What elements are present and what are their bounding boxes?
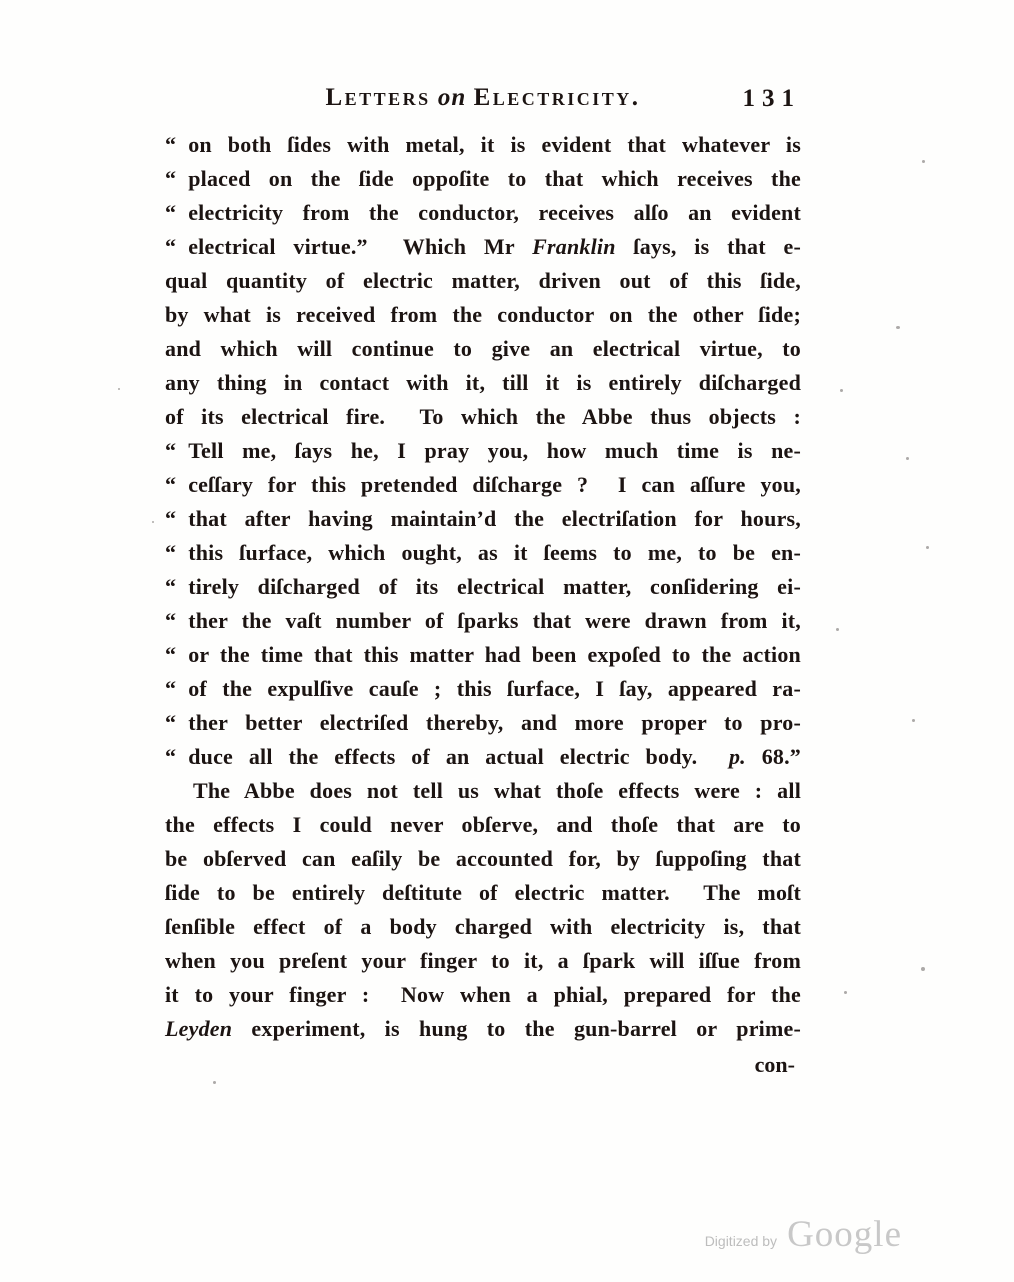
text-line: The Abbe does not tell us what thoſe eff… <box>165 774 801 808</box>
text-segment: ceſſary for this pretended diſcharge ? I… <box>188 472 801 497</box>
title-part: Electricity. <box>474 84 641 111</box>
text-segment: placed on the ſide oppoſite to that whic… <box>188 166 801 191</box>
text-line: ſenſible effect of a body charged with e… <box>165 910 801 944</box>
text-segment: that after having maintain’d the electri… <box>188 506 801 531</box>
scanned-book-page: Letters on Electricity. 131 “on both ſid… <box>0 0 1014 1282</box>
quote-mark: “ <box>165 574 176 599</box>
text-segment: this ſurface, which ought, as it ſeems t… <box>188 540 801 565</box>
catchword: con- <box>755 1048 795 1082</box>
quote-mark: “ <box>165 438 176 463</box>
scan-speck <box>896 326 900 329</box>
watermark-prefix: Digitized by <box>705 1233 777 1249</box>
quote-mark: “ <box>165 744 176 769</box>
text-segment: ſenſible effect of a body charged with e… <box>165 914 801 939</box>
text-segment: duce all the effects of an actual electr… <box>188 744 729 769</box>
text-line: “that after having maintain’d the electr… <box>165 502 801 536</box>
text-line: and which will continue to give an elect… <box>165 332 801 366</box>
scan-speck <box>118 388 120 390</box>
text-segment: or the time that this matter had been ex… <box>188 642 801 667</box>
scan-speck <box>922 160 925 163</box>
text-line: “this ſurface, which ought, as it ſeems … <box>165 536 801 570</box>
text-segment: 68.” <box>746 744 801 769</box>
text-segment: of the expulſive cauſe ; this ſurface, I… <box>188 676 801 701</box>
text-line: be obſerved can eaſily be accounted for,… <box>165 842 801 876</box>
quote-mark: “ <box>165 608 176 633</box>
text-block: Letters on Electricity. 131 “on both ſid… <box>165 84 801 116</box>
scan-speck <box>906 457 909 460</box>
text-segment: qual quantity of electric matter, driven… <box>165 268 801 293</box>
quote-mark: “ <box>165 200 176 225</box>
text-segment: any thing in contact with it, till it is… <box>165 370 801 395</box>
text-segment: and which will continue to give an elect… <box>165 336 801 361</box>
scan-speck <box>912 719 915 722</box>
text-line: the effects I could never obſerve, and t… <box>165 808 801 842</box>
scan-speck <box>921 967 925 971</box>
scan-speck <box>213 1081 216 1084</box>
text-line: qual quantity of electric matter, driven… <box>165 264 801 298</box>
text-segment: electricity from the conductor, receives… <box>188 200 801 225</box>
text-segment: it to your finger : Now when a phial, pr… <box>165 982 801 1007</box>
text-line: by what is received from the conductor o… <box>165 298 801 332</box>
scan-speck <box>152 521 154 523</box>
text-line: when you preſent your finger to it, a ſp… <box>165 944 801 978</box>
quote-mark: “ <box>165 506 176 531</box>
text-segment: ther the vaſt number of ſparks that were… <box>188 608 801 633</box>
text-segment: The Abbe does not tell us what thoſe eff… <box>193 778 801 803</box>
body-lines: “on both ſides with metal, it is evident… <box>165 128 801 1046</box>
text-segment: when you preſent your finger to it, a ſp… <box>165 948 801 973</box>
text-segment: by what is received from the conductor o… <box>165 302 801 327</box>
title-part: Letters <box>325 84 430 111</box>
text-segment: of its electrical fire. To which the Abb… <box>165 404 801 429</box>
text-line: ſide to be entirely deſtitute of electri… <box>165 876 801 910</box>
text-line: of its electrical fire. To which the Abb… <box>165 400 801 434</box>
quote-mark: “ <box>165 234 176 259</box>
text-line: “electricity from the conductor, receive… <box>165 196 801 230</box>
title-part: on <box>431 84 474 111</box>
scan-speck <box>844 991 847 994</box>
italic-text-segment: p. <box>729 744 746 769</box>
text-line: “ceſſary for this pretended diſcharge ? … <box>165 468 801 502</box>
scan-speck <box>926 546 929 549</box>
text-segment: experiment, is hung to the gun-barrel or… <box>232 1016 801 1041</box>
text-line: “ther better electriſed thereby, and mor… <box>165 706 801 740</box>
text-line: “electrical virtue.” Which Mr Franklin ſ… <box>165 230 801 264</box>
text-segment: on both ſides with metal, it is evident … <box>188 132 801 157</box>
text-line: “on both ſides with metal, it is evident… <box>165 128 801 162</box>
quote-mark: “ <box>165 132 176 157</box>
text-line: “of the expulſive cauſe ; this ſurface, … <box>165 672 801 706</box>
text-line: “tirely diſcharged of its electrical mat… <box>165 570 801 604</box>
scan-speck <box>840 389 843 392</box>
italic-text-segment: Franklin <box>532 234 616 259</box>
text-segment: the effects I could never obſerve, and t… <box>165 812 801 837</box>
quote-mark: “ <box>165 540 176 565</box>
text-segment: ther better electriſed thereby, and more… <box>188 710 801 735</box>
text-line: “ther the vaſt number of ſparks that wer… <box>165 604 801 638</box>
page-number: 131 <box>743 85 802 113</box>
text-segment: ſays, is that e- <box>616 234 801 259</box>
quote-mark: “ <box>165 166 176 191</box>
scan-speck <box>836 628 839 631</box>
text-line: Leyden experiment, is hung to the gun-ba… <box>165 1012 801 1046</box>
text-line: it to your finger : Now when a phial, pr… <box>165 978 801 1012</box>
text-segment: ſide to be entirely deſtitute of electri… <box>165 880 801 905</box>
text-line: “or the time that this matter had been e… <box>165 638 801 672</box>
quote-mark: “ <box>165 472 176 497</box>
quote-mark: “ <box>165 642 176 667</box>
text-line: any thing in contact with it, till it is… <box>165 366 801 400</box>
digitization-watermark: Digitized by Google <box>705 1213 902 1256</box>
text-line: “Tell me, ſays he, I pray you, how much … <box>165 434 801 468</box>
text-line: “duce all the effects of an actual elect… <box>165 740 801 774</box>
quote-mark: “ <box>165 710 176 735</box>
running-header: Letters on Electricity. 131 <box>165 84 801 116</box>
text-segment: tirely diſcharged of its electrical matt… <box>188 574 801 599</box>
quote-mark: “ <box>165 676 176 701</box>
text-segment: electrical virtue.” Which Mr <box>188 234 532 259</box>
google-logo: Google <box>787 1213 902 1256</box>
text-segment: be obſerved can eaſily be accounted for,… <box>165 846 801 871</box>
page-title: Letters on Electricity. <box>165 84 801 112</box>
text-line: “placed on the ſide oppoſite to that whi… <box>165 162 801 196</box>
text-segment: Tell me, ſays he, I pray you, how much t… <box>188 438 801 463</box>
italic-text-segment: Leyden <box>165 1016 232 1041</box>
